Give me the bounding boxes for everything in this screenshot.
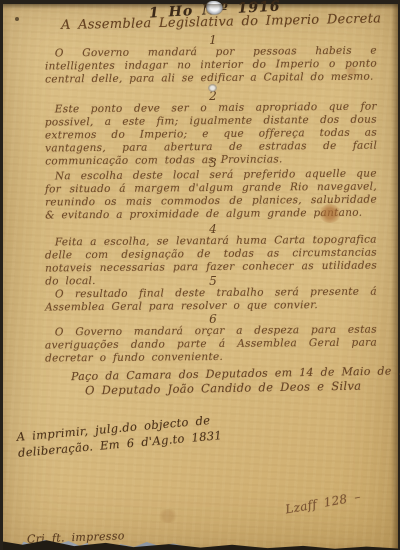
article-5: 5 O resultado final deste trabalho será … [45, 287, 377, 313]
article-1-text: O Governo mandará por pessoas habeis e i… [45, 45, 377, 87]
ink-speck-top-left [15, 17, 19, 21]
article-6-text: O Governo mandará orçar a despeza para e… [45, 324, 377, 366]
article-1: 1 O Governo mandará por pessoas habeis e… [45, 46, 377, 85]
article-5-text: O resultado final deste trabalho será pr… [45, 286, 377, 315]
faint-stain-bottom [158, 509, 178, 523]
paper-edge-shadow-right [391, 4, 398, 550]
deputy-signature: O Deputado João Candido de Deos e Silva [85, 380, 362, 398]
faint-stain-top-right [345, 66, 358, 76]
paper-edge-shadow-top [3, 4, 398, 9]
secretarial-annotation: A imprimir, julg.do objecto de deliberaç… [16, 411, 223, 461]
page-mark: Lzaff 128 – [284, 490, 361, 516]
article-6: 6 O Governo mandará orçar a despeza para… [45, 325, 377, 364]
ink-stain-right [319, 204, 341, 223]
manuscript-page: A Assemblea Legislativa do Imperio Decre… [3, 4, 398, 550]
